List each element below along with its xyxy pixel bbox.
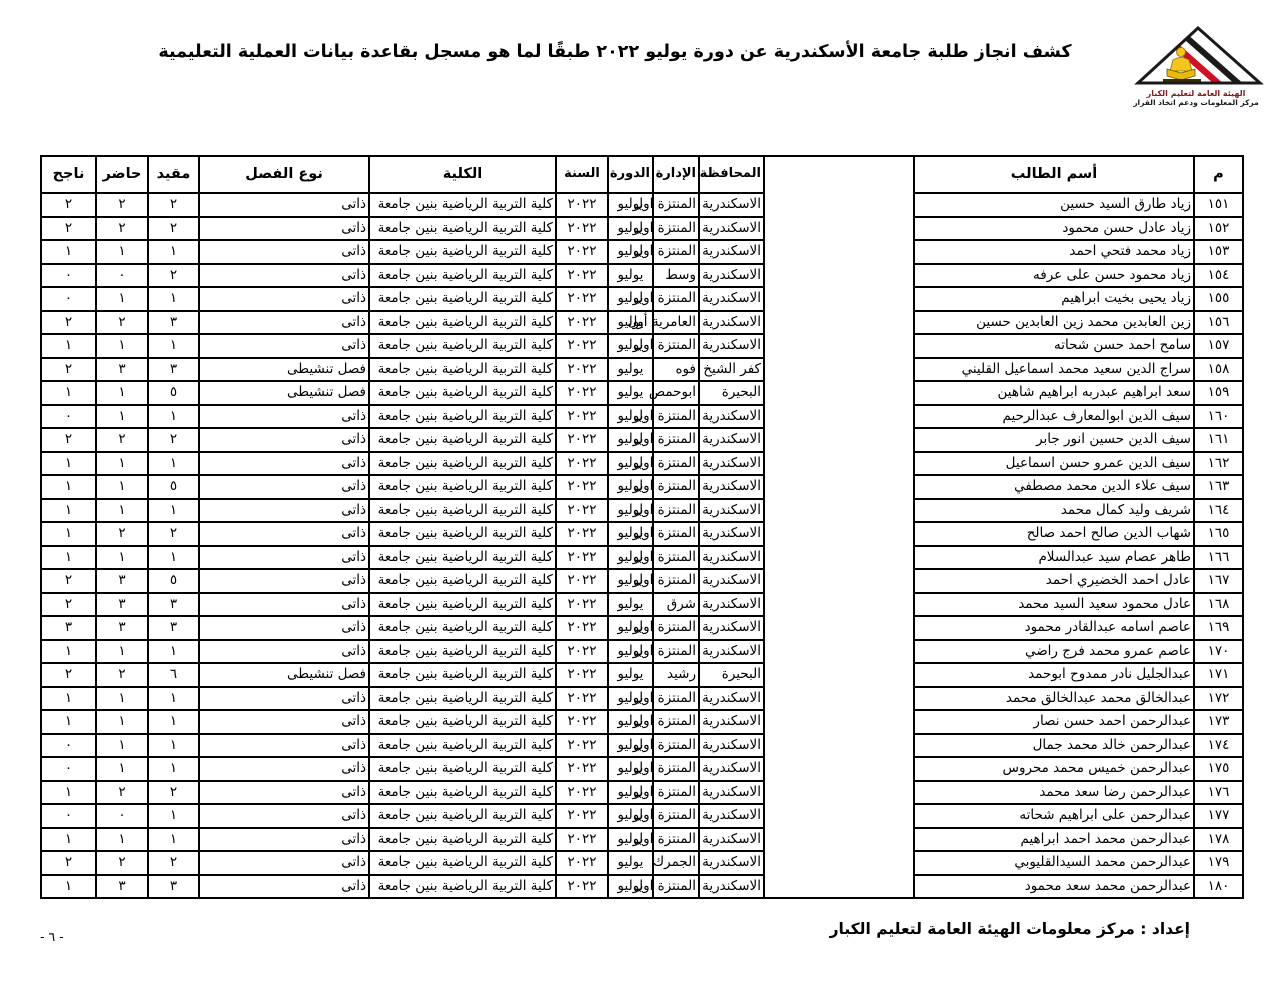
cell-enrolled: ١: [148, 546, 199, 570]
cell-college: كلية التربية الرياضية بنين جامعة: [369, 193, 556, 217]
cell-enrolled: ١: [148, 757, 199, 781]
cell-passed: ١: [41, 875, 96, 899]
cell-student-name: عبدالرحمن محمد احمد ابراهيم: [914, 828, 1194, 852]
footer-prepared-by: إعداد : مركز معلومات الهيئة العامة لتعلي…: [830, 920, 1190, 938]
cell-session: يوليو: [608, 593, 653, 617]
cell-governorate: الاسكندرية: [699, 687, 764, 711]
cell-no: ١٧٢: [1194, 687, 1243, 711]
col-header-class-type: نوع الفصل: [199, 156, 369, 193]
cell-administration: شرق: [653, 593, 699, 617]
cell-administration: المنتزة اول: [653, 687, 699, 711]
cell-class-type: ذاتى: [199, 710, 369, 734]
cell-no: ١٧٦: [1194, 781, 1243, 805]
cell-passed: ٢: [41, 851, 96, 875]
cell-administration: المنتزة اول: [653, 522, 699, 546]
cell-student-name: زياد محمود حسن على عرفه: [914, 264, 1194, 288]
cell-student-name: عبدالرحمن محمد سعد محمود: [914, 875, 1194, 899]
cell-year: ٢٠٢٢: [556, 781, 608, 805]
cell-year: ٢٠٢٢: [556, 240, 608, 264]
cell-no: ١٨٠: [1194, 875, 1243, 899]
student-row: ١٦٢ سيف الدين عمرو حسن اسماعيل الاسكندري…: [41, 452, 1243, 476]
cell-administration: المنتزة اول: [653, 287, 699, 311]
cell-class-type: ذاتى: [199, 734, 369, 758]
cell-enrolled: ١: [148, 687, 199, 711]
cell-passed: ٢: [41, 358, 96, 382]
student-row: ١٥٦ زين العابدين محمد زين العابدين حسين …: [41, 311, 1243, 335]
cell-administration: المنتزة اول: [653, 804, 699, 828]
cell-passed: ٠: [41, 757, 96, 781]
col-header-enrolled: مقيد: [148, 156, 199, 193]
cell-year: ٢٠٢٢: [556, 734, 608, 758]
student-row: ١٧٢ عبدالخالق محمد عبدالخالق محمد الاسكن…: [41, 687, 1243, 711]
col-header-year: السنة: [556, 156, 608, 193]
cell-student-name: عبدالرحمن احمد حسن نصار: [914, 710, 1194, 734]
col-header-administration: الإدارة: [653, 156, 699, 193]
cell-year: ٢٠٢٢: [556, 569, 608, 593]
cell-year: ٢٠٢٢: [556, 287, 608, 311]
cell-college: كلية التربية الرياضية بنين جامعة: [369, 546, 556, 570]
cell-passed: ٢: [41, 569, 96, 593]
cell-governorate: الاسكندرية: [699, 875, 764, 899]
cell-class-type: فصل تنشيطى: [199, 663, 369, 687]
cell-enrolled: ٦: [148, 663, 199, 687]
cell-college: كلية التربية الرياضية بنين جامعة: [369, 240, 556, 264]
logo-org-name: الهيئة العامة لتعليم الكبار: [1122, 89, 1270, 98]
cell-governorate: الاسكندرية: [699, 734, 764, 758]
cell-class-type: ذاتى: [199, 193, 369, 217]
student-row: ١٧٥ عبدالرحمن خميس محمد محروس الاسكندرية…: [41, 757, 1243, 781]
cell-college: كلية التربية الرياضية بنين جامعة: [369, 217, 556, 241]
col-header-college: الكلية: [369, 156, 556, 193]
cell-present: ١: [96, 499, 148, 523]
cell-college: كلية التربية الرياضية بنين جامعة: [369, 687, 556, 711]
cell-student-name: سراج الدين سعيد محمد اسماعيل القليني: [914, 358, 1194, 382]
cell-enrolled: ٢: [148, 428, 199, 452]
cell-class-type: ذاتى: [199, 217, 369, 241]
page-title: كشف انجاز طلبة جامعة الأسكندرية عن دورة …: [110, 42, 1120, 62]
authority-logo-icon: [1123, 24, 1269, 88]
cell-present: ١: [96, 828, 148, 852]
cell-year: ٢٠٢٢: [556, 428, 608, 452]
cell-no: ١٧٩: [1194, 851, 1243, 875]
col-header-no: م: [1194, 156, 1243, 193]
cell-student-name: شهاب الدين صالح احمد صالح: [914, 522, 1194, 546]
students-table: م أسم الطالب المحافظة الإدارة الدورة الس…: [40, 155, 1244, 899]
cell-class-type: ذاتى: [199, 452, 369, 476]
cell-college: كلية التربية الرياضية بنين جامعة: [369, 734, 556, 758]
cell-year: ٢٠٢٢: [556, 381, 608, 405]
cell-governorate: البحيرة: [699, 663, 764, 687]
cell-student-name: زياد يحيى بخيت ابراهيم: [914, 287, 1194, 311]
cell-administration: المنتزة اول: [653, 757, 699, 781]
cell-passed: ١: [41, 828, 96, 852]
cell-governorate: الاسكندرية: [699, 193, 764, 217]
cell-enrolled: ٢: [148, 522, 199, 546]
cell-administration: المنتزة اول: [653, 405, 699, 429]
cell-college: كلية التربية الرياضية بنين جامعة: [369, 828, 556, 852]
header-row: م أسم الطالب المحافظة الإدارة الدورة الس…: [41, 156, 1243, 193]
cell-passed: ٢: [41, 217, 96, 241]
cell-student-name: شريف وليد كمال محمد: [914, 499, 1194, 523]
cell-no: ١٥١: [1194, 193, 1243, 217]
cell-no: ١٧٣: [1194, 710, 1243, 734]
col-header-present: حاضر: [96, 156, 148, 193]
cell-no: ١٦٢: [1194, 452, 1243, 476]
cell-college: كلية التربية الرياضية بنين جامعة: [369, 781, 556, 805]
cell-college: كلية التربية الرياضية بنين جامعة: [369, 851, 556, 875]
cell-class-type: ذاتى: [199, 687, 369, 711]
student-row: ١٧٤ عبدالرحمن خالد محمد جمال الاسكندرية …: [41, 734, 1243, 758]
student-row: ١٧١ عبدالجليل نادر ممدوح ابوحمد البحيرة …: [41, 663, 1243, 687]
cell-administration: رشيد: [653, 663, 699, 687]
cell-passed: ٢: [41, 193, 96, 217]
cell-passed: ٢: [41, 593, 96, 617]
cell-enrolled: ١: [148, 804, 199, 828]
student-row: ١٦٥ شهاب الدين صالح احمد صالح الاسكندرية…: [41, 522, 1243, 546]
cell-no: ١٥٤: [1194, 264, 1243, 288]
cell-governorate: الاسكندرية: [699, 264, 764, 288]
cell-governorate: الاسكندرية: [699, 546, 764, 570]
cell-student-name: سيف علاء الدين محمد مصطفي: [914, 475, 1194, 499]
student-row: ١٥٥ زياد يحيى بخيت ابراهيم الاسكندرية ال…: [41, 287, 1243, 311]
cell-present: ٠: [96, 804, 148, 828]
cell-no: ١٧٥: [1194, 757, 1243, 781]
cell-college: كلية التربية الرياضية بنين جامعة: [369, 875, 556, 899]
cell-student-name: زياد عادل حسن محمود: [914, 217, 1194, 241]
logo-center-name: مركز المعلومات ودعم اتخاذ القرار: [1122, 98, 1270, 107]
cell-class-type: ذاتى: [199, 616, 369, 640]
student-row: ١٧٧ عبدالرحمن على ابراهيم شحاته الاسكندر…: [41, 804, 1243, 828]
cell-year: ٢٠٢٢: [556, 710, 608, 734]
student-row: ١٦٧ عادل احمد الخضيري احمد الاسكندرية ال…: [41, 569, 1243, 593]
cell-class-type: ذاتى: [199, 546, 369, 570]
cell-passed: ١: [41, 781, 96, 805]
cell-present: ١: [96, 240, 148, 264]
cell-governorate: الاسكندرية: [699, 475, 764, 499]
cell-year: ٢٠٢٢: [556, 757, 608, 781]
cell-college: كلية التربية الرياضية بنين جامعة: [369, 264, 556, 288]
cell-enrolled: ١: [148, 240, 199, 264]
cell-passed: ٢: [41, 428, 96, 452]
cell-year: ٢٠٢٢: [556, 311, 608, 335]
student-row: ١٧٠ عاصم عمرو محمد فرج راضي الاسكندرية ا…: [41, 640, 1243, 664]
cell-enrolled: ٢: [148, 193, 199, 217]
cell-passed: ٠: [41, 264, 96, 288]
student-row: ١٦٤ شريف وليد كمال محمد الاسكندرية المنت…: [41, 499, 1243, 523]
cell-governorate: الاسكندرية: [699, 452, 764, 476]
cell-no: ١٦٠: [1194, 405, 1243, 429]
cell-enrolled: ١: [148, 499, 199, 523]
cell-student-name: عاصم اسامه عبدالقادر محمود: [914, 616, 1194, 640]
cell-governorate: الاسكندرية: [699, 217, 764, 241]
cell-passed: ٠: [41, 804, 96, 828]
cell-passed: ٠: [41, 405, 96, 429]
cell-present: ٢: [96, 663, 148, 687]
cell-student-name: عبدالجليل نادر ممدوح ابوحمد: [914, 663, 1194, 687]
cell-year: ٢٠٢٢: [556, 405, 608, 429]
student-row: ١٥٣ زياد محمد فتحي احمد الاسكندرية المنت…: [41, 240, 1243, 264]
cell-governorate: الاسكندرية: [699, 781, 764, 805]
cell-present: ١: [96, 546, 148, 570]
cell-no: ١٧٨: [1194, 828, 1243, 852]
student-row: ١٧٩ عبدالرحمن محمد السيدالقليوبي الاسكند…: [41, 851, 1243, 875]
cell-student-name: عبدالخالق محمد عبدالخالق محمد: [914, 687, 1194, 711]
cell-administration: المنتزة اول: [653, 240, 699, 264]
cell-governorate: الاسكندرية: [699, 240, 764, 264]
cell-governorate: الاسكندرية: [699, 710, 764, 734]
cell-present: ٣: [96, 875, 148, 899]
cell-passed: ٠: [41, 734, 96, 758]
cell-class-type: ذاتى: [199, 522, 369, 546]
cell-administration: المنتزة اول: [653, 452, 699, 476]
col-header-governorate: المحافظة: [699, 156, 764, 193]
cell-passed: ١: [41, 687, 96, 711]
cell-year: ٢٠٢٢: [556, 475, 608, 499]
cell-administration: المنتزة اول: [653, 828, 699, 852]
page-number: - ٦ -: [40, 929, 64, 944]
cell-session: يوليو: [608, 358, 653, 382]
cell-year: ٢٠٢٢: [556, 193, 608, 217]
cell-class-type: ذاتى: [199, 640, 369, 664]
cell-year: ٢٠٢٢: [556, 593, 608, 617]
cell-student-name: عبدالرحمن محمد السيدالقليوبي: [914, 851, 1194, 875]
cell-no: ١٧٧: [1194, 804, 1243, 828]
cell-college: كلية التربية الرياضية بنين جامعة: [369, 334, 556, 358]
cell-no: ١٦٨: [1194, 593, 1243, 617]
cell-passed: ١: [41, 546, 96, 570]
cell-no: ١٦٦: [1194, 546, 1243, 570]
cell-session: يوليو: [608, 264, 653, 288]
student-row: ١٧٨ عبدالرحمن محمد احمد ابراهيم الاسكندر…: [41, 828, 1243, 852]
cell-no: ١٥٥: [1194, 287, 1243, 311]
cell-present: ١: [96, 475, 148, 499]
cell-college: كلية التربية الرياضية بنين جامعة: [369, 311, 556, 335]
cell-enrolled: ٢: [148, 781, 199, 805]
student-row: ١٦٩ عاصم اسامه عبدالقادر محمود الاسكندري…: [41, 616, 1243, 640]
cell-no: ١٧٠: [1194, 640, 1243, 664]
cell-enrolled: ١: [148, 734, 199, 758]
cell-college: كلية التربية الرياضية بنين جامعة: [369, 593, 556, 617]
cell-passed: ١: [41, 640, 96, 664]
cell-passed: ٢: [41, 663, 96, 687]
spacer-cell: [764, 156, 914, 898]
cell-enrolled: ١: [148, 334, 199, 358]
cell-governorate: الاسكندرية: [699, 569, 764, 593]
authority-logo: الهيئة العامة لتعليم الكبار مركز المعلوم…: [1122, 24, 1270, 107]
cell-college: كلية التربية الرياضية بنين جامعة: [369, 710, 556, 734]
cell-passed: ١: [41, 710, 96, 734]
cell-administration: وسط: [653, 264, 699, 288]
cell-year: ٢٠٢٢: [556, 663, 608, 687]
cell-session: يوليو: [608, 851, 653, 875]
cell-governorate: الاسكندرية: [699, 851, 764, 875]
cell-college: كلية التربية الرياضية بنين جامعة: [369, 640, 556, 664]
cell-governorate: الاسكندرية: [699, 757, 764, 781]
cell-governorate: كفر الشيخ: [699, 358, 764, 382]
student-row: ١٧٣ عبدالرحمن احمد حسن نصار الاسكندرية ا…: [41, 710, 1243, 734]
cell-present: ١: [96, 452, 148, 476]
cell-present: ٢: [96, 217, 148, 241]
cell-year: ٢٠٢٢: [556, 851, 608, 875]
cell-present: ٢: [96, 851, 148, 875]
cell-no: ١٦٣: [1194, 475, 1243, 499]
cell-enrolled: ٣: [148, 875, 199, 899]
cell-student-name: سامح احمد حسن شحاته: [914, 334, 1194, 358]
cell-present: ٢: [96, 428, 148, 452]
cell-no: ١٦١: [1194, 428, 1243, 452]
cell-present: ٣: [96, 569, 148, 593]
cell-governorate: البحيرة: [699, 381, 764, 405]
cell-year: ٢٠٢٢: [556, 522, 608, 546]
cell-class-type: ذاتى: [199, 757, 369, 781]
cell-governorate: الاسكندرية: [699, 616, 764, 640]
cell-class-type: ذاتى: [199, 875, 369, 899]
cell-administration: المنتزة اول: [653, 499, 699, 523]
cell-governorate: الاسكندرية: [699, 593, 764, 617]
cell-no: ١٧١: [1194, 663, 1243, 687]
cell-governorate: الاسكندرية: [699, 334, 764, 358]
cell-governorate: الاسكندرية: [699, 828, 764, 852]
cell-class-type: ذاتى: [199, 804, 369, 828]
cell-class-type: ذاتى: [199, 499, 369, 523]
cell-administration: العامرية أول: [653, 311, 699, 335]
cell-passed: ١: [41, 334, 96, 358]
cell-class-type: ذاتى: [199, 264, 369, 288]
student-row: ١٨٠ عبدالرحمن محمد سعد محمود الاسكندرية …: [41, 875, 1243, 899]
cell-administration: المنتزة اول: [653, 569, 699, 593]
cell-year: ٢٠٢٢: [556, 640, 608, 664]
cell-class-type: ذاتى: [199, 287, 369, 311]
cell-no: ١٥٧: [1194, 334, 1243, 358]
cell-present: ١: [96, 405, 148, 429]
cell-class-type: ذاتى: [199, 428, 369, 452]
cell-college: كلية التربية الرياضية بنين جامعة: [369, 381, 556, 405]
student-row: ١٦٣ سيف علاء الدين محمد مصطفي الاسكندرية…: [41, 475, 1243, 499]
cell-year: ٢٠٢٢: [556, 546, 608, 570]
cell-year: ٢٠٢٢: [556, 264, 608, 288]
cell-governorate: الاسكندرية: [699, 522, 764, 546]
cell-enrolled: ٢: [148, 264, 199, 288]
cell-present: ٣: [96, 358, 148, 382]
cell-enrolled: ١: [148, 710, 199, 734]
student-row: ١٦١ سيف الدين حسين انور جابر الاسكندرية …: [41, 428, 1243, 452]
cell-class-type: ذاتى: [199, 781, 369, 805]
cell-governorate: الاسكندرية: [699, 640, 764, 664]
cell-governorate: الاسكندرية: [699, 804, 764, 828]
cell-passed: ٢: [41, 311, 96, 335]
cell-enrolled: ٣: [148, 311, 199, 335]
student-row: ١٦٦ طاهر عصام سيد عبدالسلام الاسكندرية ا…: [41, 546, 1243, 570]
cell-college: كلية التربية الرياضية بنين جامعة: [369, 475, 556, 499]
cell-no: ١٥٣: [1194, 240, 1243, 264]
cell-student-name: زياد محمد فتحي احمد: [914, 240, 1194, 264]
cell-class-type: ذاتى: [199, 851, 369, 875]
students-table-body: م أسم الطالب المحافظة الإدارة الدورة الس…: [41, 156, 1243, 898]
student-row: ١٥٩ سعد ابراهيم عبدربه ابراهيم شاهين الب…: [41, 381, 1243, 405]
cell-year: ٢٠٢٢: [556, 499, 608, 523]
cell-no: ١٦٤: [1194, 499, 1243, 523]
cell-administration: المنتزة اول: [653, 546, 699, 570]
cell-enrolled: ١: [148, 452, 199, 476]
cell-student-name: طاهر عصام سيد عبدالسلام: [914, 546, 1194, 570]
cell-enrolled: ٣: [148, 616, 199, 640]
cell-administration: المنتزة اول: [653, 334, 699, 358]
cell-college: كلية التربية الرياضية بنين جامعة: [369, 569, 556, 593]
cell-class-type: ذاتى: [199, 240, 369, 264]
cell-present: ١: [96, 687, 148, 711]
cell-present: ٣: [96, 616, 148, 640]
cell-class-type: فصل تنشيطى: [199, 358, 369, 382]
col-header-name: أسم الطالب: [914, 156, 1194, 193]
cell-college: كلية التربية الرياضية بنين جامعة: [369, 499, 556, 523]
cell-administration: المنتزة اول: [653, 781, 699, 805]
cell-administration: المنتزة اول: [653, 734, 699, 758]
cell-student-name: عبدالرحمن على ابراهيم شحاته: [914, 804, 1194, 828]
cell-year: ٢٠٢٢: [556, 358, 608, 382]
cell-passed: ٠: [41, 287, 96, 311]
cell-present: ٣: [96, 593, 148, 617]
cell-student-name: عبدالرحمن خميس محمد محروس: [914, 757, 1194, 781]
col-header-passed: ناجح: [41, 156, 96, 193]
cell-governorate: الاسكندرية: [699, 287, 764, 311]
cell-no: ١٥٢: [1194, 217, 1243, 241]
cell-student-name: عادل احمد الخضيري احمد: [914, 569, 1194, 593]
cell-enrolled: ٢: [148, 217, 199, 241]
cell-year: ٢٠٢٢: [556, 687, 608, 711]
student-row: ١٥٢ زياد عادل حسن محمود الاسكندرية المنت…: [41, 217, 1243, 241]
cell-administration: المنتزة اول: [653, 475, 699, 499]
cell-no: ١٥٩: [1194, 381, 1243, 405]
cell-present: ٢: [96, 311, 148, 335]
cell-college: كلية التربية الرياضية بنين جامعة: [369, 757, 556, 781]
cell-college: كلية التربية الرياضية بنين جامعة: [369, 616, 556, 640]
cell-college: كلية التربية الرياضية بنين جامعة: [369, 522, 556, 546]
cell-student-name: زين العابدين محمد زين العابدين حسين: [914, 311, 1194, 335]
cell-passed: ١: [41, 452, 96, 476]
cell-class-type: ذاتى: [199, 334, 369, 358]
cell-year: ٢٠٢٢: [556, 452, 608, 476]
col-header-session: الدورة: [608, 156, 653, 193]
cell-governorate: الاسكندرية: [699, 405, 764, 429]
cell-governorate: الاسكندرية: [699, 499, 764, 523]
cell-administration: المنتزة اول: [653, 875, 699, 899]
cell-governorate: الاسكندرية: [699, 428, 764, 452]
cell-year: ٢٠٢٢: [556, 334, 608, 358]
cell-passed: ٣: [41, 616, 96, 640]
cell-class-type: ذاتى: [199, 475, 369, 499]
cell-class-type: ذاتى: [199, 593, 369, 617]
cell-class-type: ذاتى: [199, 311, 369, 335]
cell-class-type: ذاتى: [199, 828, 369, 852]
cell-class-type: فصل تنشيطى: [199, 381, 369, 405]
student-row: ١٦٨ عادل محمود سعيد السيد محمد الاسكندري…: [41, 593, 1243, 617]
student-row: ١٥١ زياد طارق السيد حسين الاسكندرية المن…: [41, 193, 1243, 217]
cell-year: ٢٠٢٢: [556, 875, 608, 899]
cell-no: ١٦٧: [1194, 569, 1243, 593]
cell-no: ١٧٤: [1194, 734, 1243, 758]
cell-present: ١: [96, 334, 148, 358]
cell-enrolled: ٢: [148, 851, 199, 875]
cell-present: ١: [96, 734, 148, 758]
cell-administration: المنتزة اول: [653, 640, 699, 664]
cell-present: ٢: [96, 522, 148, 546]
cell-enrolled: ١: [148, 287, 199, 311]
cell-present: ١: [96, 710, 148, 734]
cell-student-name: عبدالرحمن رضا سعد محمد: [914, 781, 1194, 805]
cell-administration: المنتزة اول: [653, 217, 699, 241]
cell-student-name: عبدالرحمن خالد محمد جمال: [914, 734, 1194, 758]
cell-no: ١٦٥: [1194, 522, 1243, 546]
